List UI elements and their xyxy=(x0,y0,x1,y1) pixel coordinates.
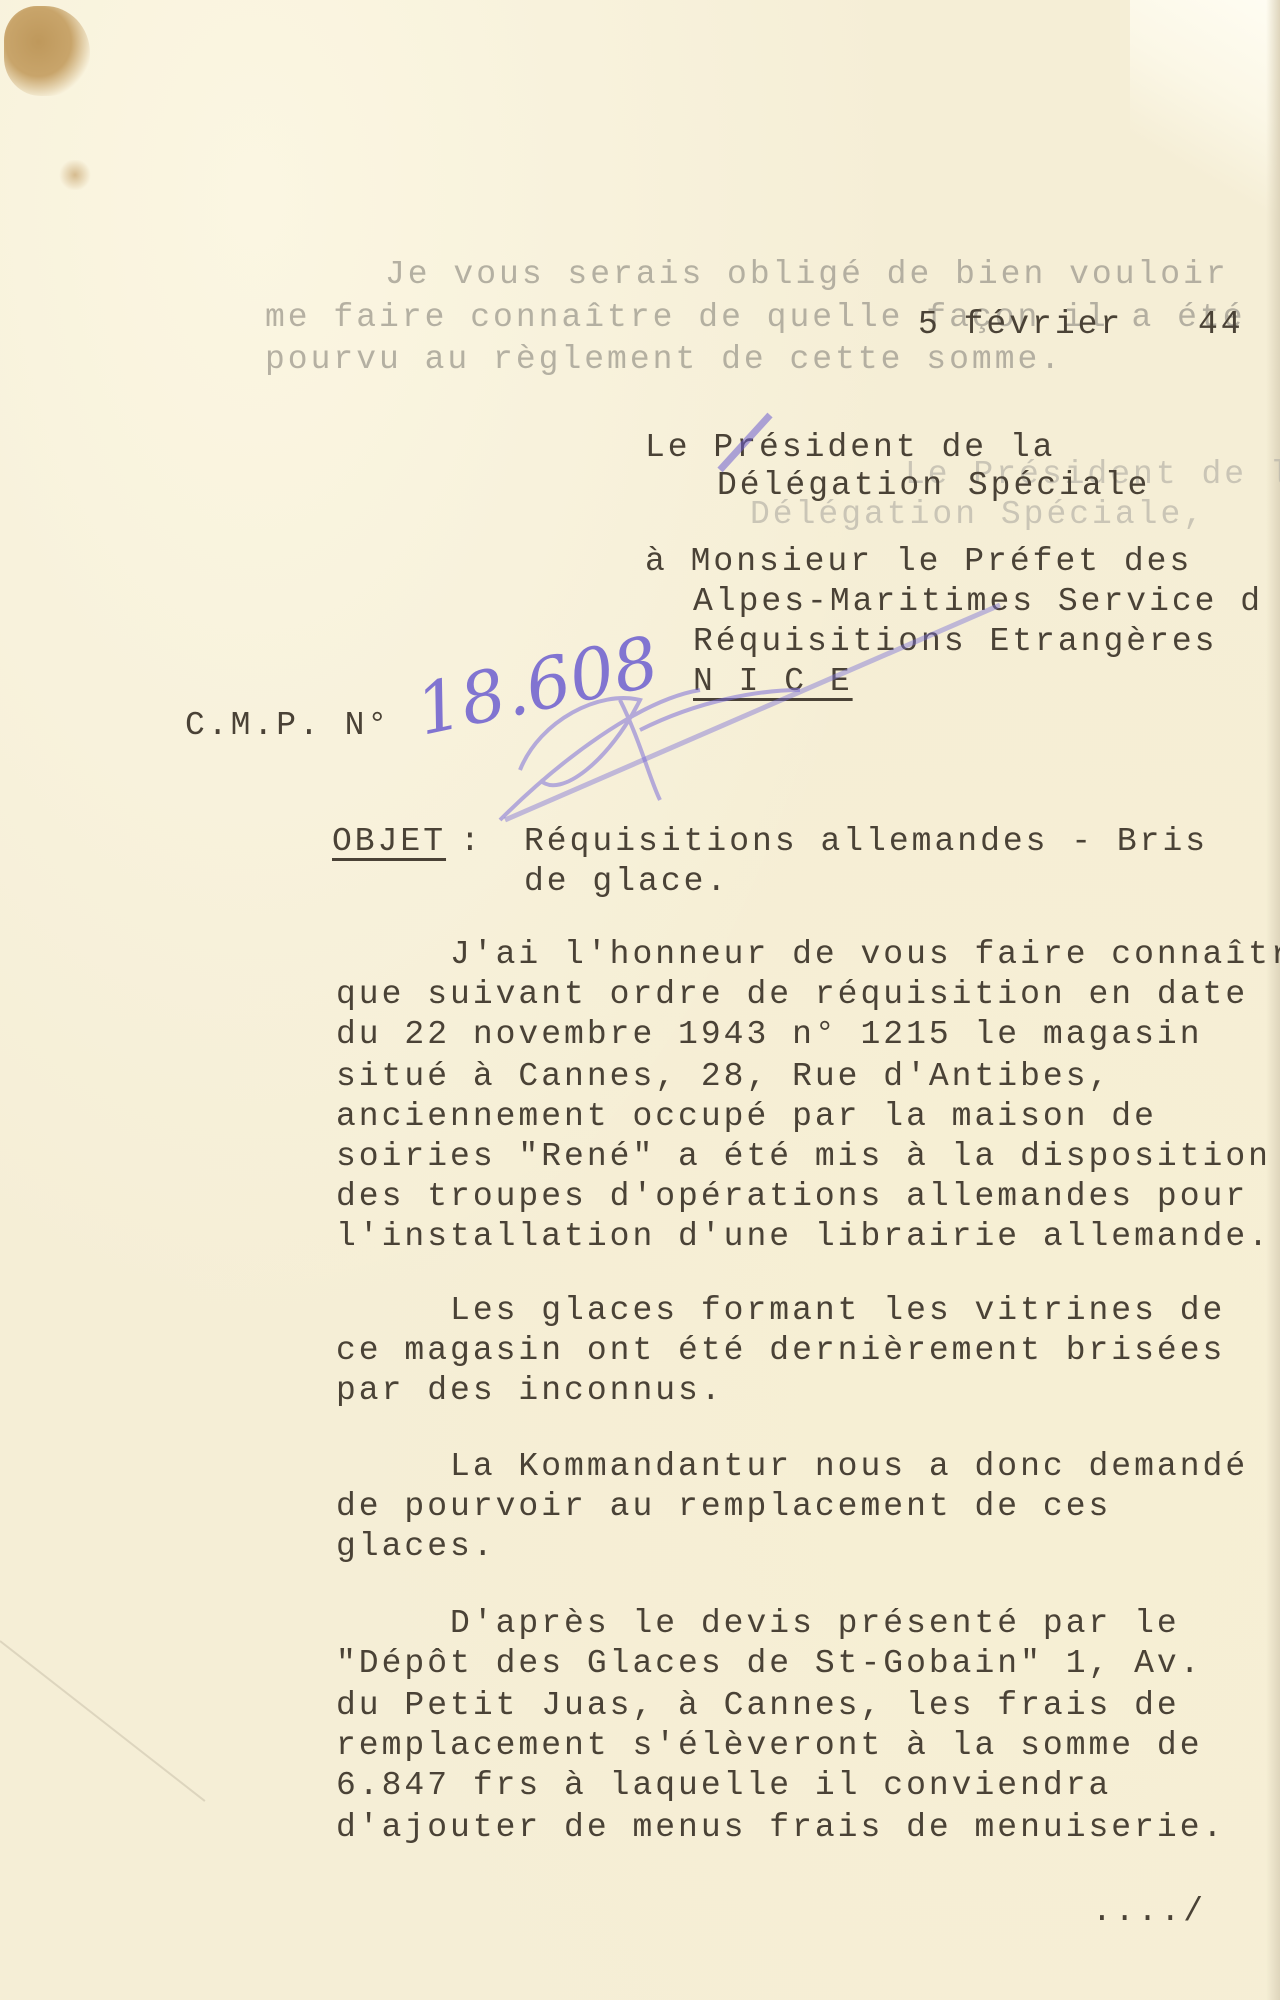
paragraph-line: que suivant ordre de réquisition en date xyxy=(336,975,1248,1015)
handwritten-reference-number: 18.608 xyxy=(409,620,666,751)
water-stain xyxy=(4,6,90,96)
ghost-text-line-1: Je vous serais obligé de bien vouloir xyxy=(385,255,1229,295)
subject-line-2: de glace. xyxy=(524,862,729,902)
letter-date: 5 février xyxy=(918,305,1123,345)
paragraph-line: glaces. xyxy=(336,1527,496,1567)
paragraph-line: d'ajouter de menus frais de menuiserie. xyxy=(336,1808,1225,1848)
paragraph-line: anciennement occupé par la maison de xyxy=(336,1097,1157,1137)
paper-crease xyxy=(0,1640,205,1802)
paragraph-line: Les glaces formant les vitrines de xyxy=(336,1291,1225,1331)
paragraph-line: l'installation d'une librairie allemande… xyxy=(336,1217,1271,1257)
recipient-line-1: à Monsieur le Préfet des xyxy=(645,542,1192,582)
paragraph-line: du Petit Juas, à Cannes, les frais de xyxy=(336,1686,1180,1726)
paragraph-line: 6.847 frs à laquelle il conviendra xyxy=(336,1766,1111,1806)
reference-label: C.M.P. N° xyxy=(185,706,390,746)
paragraph-line: D'après le devis présenté par le xyxy=(336,1604,1180,1644)
paragraph-line: situé à Cannes, 28, Rue d'Antibes, xyxy=(336,1057,1111,1097)
subject-separator: : xyxy=(460,822,483,862)
paragraph-line: de pourvoir au remplacement de ces xyxy=(336,1487,1111,1527)
sender-line-2: Délégation Spéciale xyxy=(717,466,1150,506)
continuation-mark: ..../ xyxy=(1092,1892,1206,1932)
subject-label: OBJET xyxy=(332,822,446,862)
paragraph-line: soiries "René" a été mis à la dispositio… xyxy=(336,1137,1271,1177)
paragraph-line: par des inconnus. xyxy=(336,1371,724,1411)
recipient-line-2: Alpes-Maritimes Service d xyxy=(693,582,1263,622)
recipient-city: N I C E xyxy=(693,662,853,702)
paragraph-line: ce magasin ont été dernièrement brisées xyxy=(336,1331,1225,1371)
page-edge xyxy=(1266,0,1280,2000)
letter-year: 44 xyxy=(1198,305,1244,345)
paragraph-line: du 22 novembre 1943 n° 1215 le magasin xyxy=(336,1015,1203,1055)
paragraph-line: "Dépôt des Glaces de St-Gobain" 1, Av. xyxy=(336,1644,1203,1684)
folded-corner xyxy=(1130,0,1280,230)
paragraph-line: des troupes d'opérations allemandes pour xyxy=(336,1177,1248,1217)
document-page: Je vous serais obligé de bien vouloir me… xyxy=(0,0,1280,2000)
ghost-text-line-3: pourvu au règlement de cette somme. xyxy=(265,340,1063,380)
subject-line-1: Réquisitions allemandes - Bris xyxy=(524,822,1208,862)
recipient-line-3: Réquisitions Etrangères xyxy=(693,622,1217,662)
paragraph-line: J'ai l'honneur de vous faire connaître xyxy=(336,935,1280,975)
paragraph-line: La Kommandantur nous a donc demandé xyxy=(336,1447,1248,1487)
stain-spot xyxy=(58,160,92,190)
paragraph-line: remplacement s'élèveront à la somme de xyxy=(336,1726,1203,1766)
sender-line-1: Le Président de la xyxy=(645,428,1055,468)
